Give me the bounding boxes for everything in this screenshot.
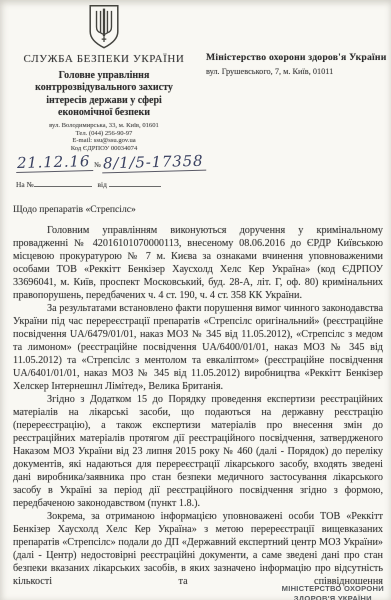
na-number-label: На № (16, 180, 34, 189)
recipient-address: вул. Грушевського, 7, м. Київ, 01011 (206, 67, 387, 76)
letterhead: СЛУЖБА БЕЗПЕКИ УКРАЇНИ Головне управлінн… (0, 0, 391, 189)
department-line: Головне управління (16, 70, 192, 82)
sender-edrpou-code: Код ЄДРПОУ 00034074 (10, 145, 198, 153)
vid-label: від (98, 180, 107, 189)
sender-block: СЛУЖБА БЕЗПЕКИ УКРАЇНИ Головне управлінн… (10, 3, 198, 189)
department-line: інтересів держави у сфері (16, 95, 192, 107)
letter-body: Головним управлінням виконуються доручен… (13, 224, 383, 588)
outgoing-number-line: 21.12.16№8/1/5-17358 (10, 153, 198, 176)
blank-line (34, 179, 92, 187)
sender-department-name: Головне управління контррозвідувального … (10, 70, 198, 119)
stamp-line: МІНІСТЕРСТВО ОХОРОНИ (282, 584, 384, 593)
body-paragraph: Головним управлінням виконуються доручен… (13, 224, 383, 302)
blank-line (109, 179, 161, 187)
sender-email: E-mail: ssu@ssu.gov.ua (10, 137, 198, 145)
subject-line: Щодо препаратів «Стрепсілс» (13, 204, 391, 215)
number-sign: № (94, 161, 101, 169)
sender-org-name: СЛУЖБА БЕЗПЕКИ УКРАЇНИ (10, 53, 198, 65)
scanned-letter-page: СЛУЖБА БЕЗПЕКИ УКРАЇНИ Головне управлінн… (0, 0, 391, 600)
handwritten-date: 21.12.16 (16, 152, 94, 173)
recipient-name: Міністерство охорони здоров'я України (206, 52, 387, 63)
reference-line: На №від (10, 179, 198, 189)
department-line: контррозвідувального захисту (16, 82, 192, 94)
stamp-line: ЗДОРОВ'Я УКРАЇНИ (282, 594, 384, 600)
department-line: економічної безпеки (16, 107, 192, 119)
ukraine-trident-emblem-icon (85, 4, 123, 50)
body-paragraph: Зокрема, за отриманою інформацією уповно… (13, 510, 383, 588)
ministry-incoming-stamp: МІНІСТЕРСТВО ОХОРОНИ ЗДОРОВ'Я УКРАЇНИ (282, 584, 384, 600)
sender-contact-block: вул. Володимирська, 33, м. Київ, 01601 Т… (10, 122, 198, 152)
body-paragraph: Згідно з Додатком 15 до Порядку проведен… (13, 393, 383, 510)
body-paragraph: За результатами встановлено факти поруше… (13, 302, 383, 393)
sender-phone: Тел. (044) 256-90-97 (10, 130, 198, 138)
recipient-block: Міністерство охорони здоров'я України ву… (198, 3, 387, 189)
handwritten-number: 8/1/5-17358 (102, 152, 207, 174)
sender-street-address: вул. Володимирська, 33, м. Київ, 01601 (10, 122, 198, 130)
